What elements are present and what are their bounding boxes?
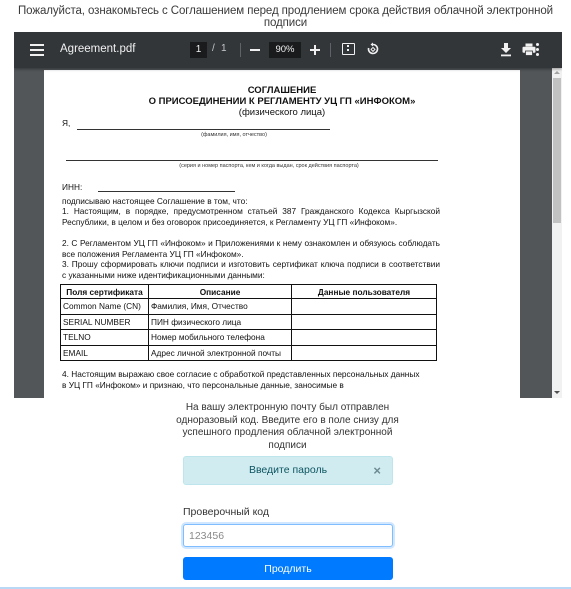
name-caption: (фамилия, имя, отчество) <box>164 132 304 138</box>
close-icon[interactable]: × <box>373 457 381 484</box>
otp-info-text: На вашу электронную почту был отправлен … <box>170 402 405 452</box>
doc-intro: подписываю настоящее Соглашение в том, ч… <box>62 196 442 207</box>
pdf-scrollbar[interactable] <box>552 68 562 398</box>
table-cell <box>292 299 437 315</box>
toolbar-divider <box>240 43 241 57</box>
doc-paragraph-4: 4. Настоящим выражаю свое согласие с обр… <box>62 369 422 390</box>
table-row: SERIAL NUMBER ПИН физического лица <box>61 314 437 330</box>
rotate-icon[interactable] <box>366 42 380 56</box>
table-cell <box>292 314 437 330</box>
doc-paragraph-1: 1. Настоящим, в порядке, предусмотренном… <box>62 206 440 227</box>
table-header: Описание <box>149 285 292 299</box>
table-row: Common Name (CN) Фамилия, Имя, Отчество <box>61 299 437 315</box>
verification-code-input[interactable] <box>183 524 393 547</box>
table-cell: SERIAL NUMBER <box>61 314 149 330</box>
doc-subtitle-person: (физического лица) <box>44 107 520 118</box>
renew-button[interactable]: Продлить <box>183 557 393 580</box>
inn-label: ИНН: <box>62 182 82 193</box>
table-cell <box>292 345 437 361</box>
zoom-level-input[interactable]: 90% <box>269 42 301 58</box>
inn-line <box>98 191 235 192</box>
table-cell: Номер мобильного телефона <box>149 330 292 346</box>
doc-paragraph-3: 3. Прошу сформировать ключи подписи и из… <box>62 259 440 280</box>
pdf-toolbar: Agreement.pdf 1 / 1 90% <box>14 32 562 68</box>
fit-page-icon[interactable] <box>342 43 355 55</box>
passport-caption: (серия и номер паспорта, кем и когда выд… <box>124 163 414 169</box>
more-vert-icon[interactable] <box>536 43 540 57</box>
table-cell: Common Name (CN) <box>61 299 149 315</box>
password-alert: Введите пароль × <box>183 456 393 485</box>
menu-icon[interactable] <box>30 44 44 56</box>
table-cell: EMAIL <box>61 345 149 361</box>
print-icon[interactable] <box>522 43 536 56</box>
code-field-label: Проверочный код <box>183 506 269 518</box>
zoom-in-icon[interactable] <box>309 43 321 57</box>
table-cell <box>292 330 437 346</box>
doc-i-label: Я, <box>62 118 70 129</box>
scroll-up-arrow-icon[interactable] <box>554 71 560 74</box>
pdf-file-name: Agreement.pdf <box>60 43 135 55</box>
total-pages: 1 <box>221 43 227 54</box>
doc-title: СОГЛАШЕНИЕ <box>44 85 520 96</box>
table-header: Поля сертификата <box>61 285 149 299</box>
certificate-fields-table: Поля сертификата Описание Данные пользов… <box>60 284 437 361</box>
doc-subtitle: О ПРИСОЕДИНЕНИИ К РЕГЛАМЕНТУ УЦ ГП «ИНФО… <box>44 96 520 107</box>
table-row: EMAIL Адрес личной электронной почты <box>61 345 437 361</box>
table-cell: Фамилия, Имя, Отчество <box>149 299 292 315</box>
table-cell: Адрес личной электронной почты <box>149 345 292 361</box>
zoom-out-icon[interactable] <box>250 49 260 51</box>
doc-paragraph-2: 2. С Регламентом УЦ ГП «Инфоком» и Прило… <box>62 238 440 259</box>
name-line <box>77 129 330 130</box>
table-cell: ПИН физического лица <box>149 314 292 330</box>
toolbar-divider <box>330 43 331 57</box>
page-separator: / <box>212 43 215 54</box>
instruction-banner: Пожалуйста, ознакомьтесь с Соглашением п… <box>0 5 571 29</box>
current-page-input[interactable]: 1 <box>190 42 207 58</box>
pdf-viewer: Agreement.pdf 1 / 1 90% СОГЛАШЕНИЕ О ПРИ… <box>14 32 562 398</box>
table-header-row: Поля сертификата Описание Данные пользов… <box>61 285 437 299</box>
table-cell: TELNO <box>61 330 149 346</box>
scroll-thumb[interactable] <box>553 78 561 223</box>
passport-line <box>66 160 438 161</box>
scroll-down-arrow-icon[interactable] <box>554 391 560 394</box>
table-header: Данные пользователя <box>292 285 437 299</box>
table-row: TELNO Номер мобильного телефона <box>61 330 437 346</box>
pdf-page: СОГЛАШЕНИЕ О ПРИСОЕДИНЕНИИ К РЕГЛАМЕНТУ … <box>44 70 520 398</box>
download-icon[interactable] <box>500 42 512 57</box>
alert-message: Введите пароль <box>249 464 327 476</box>
